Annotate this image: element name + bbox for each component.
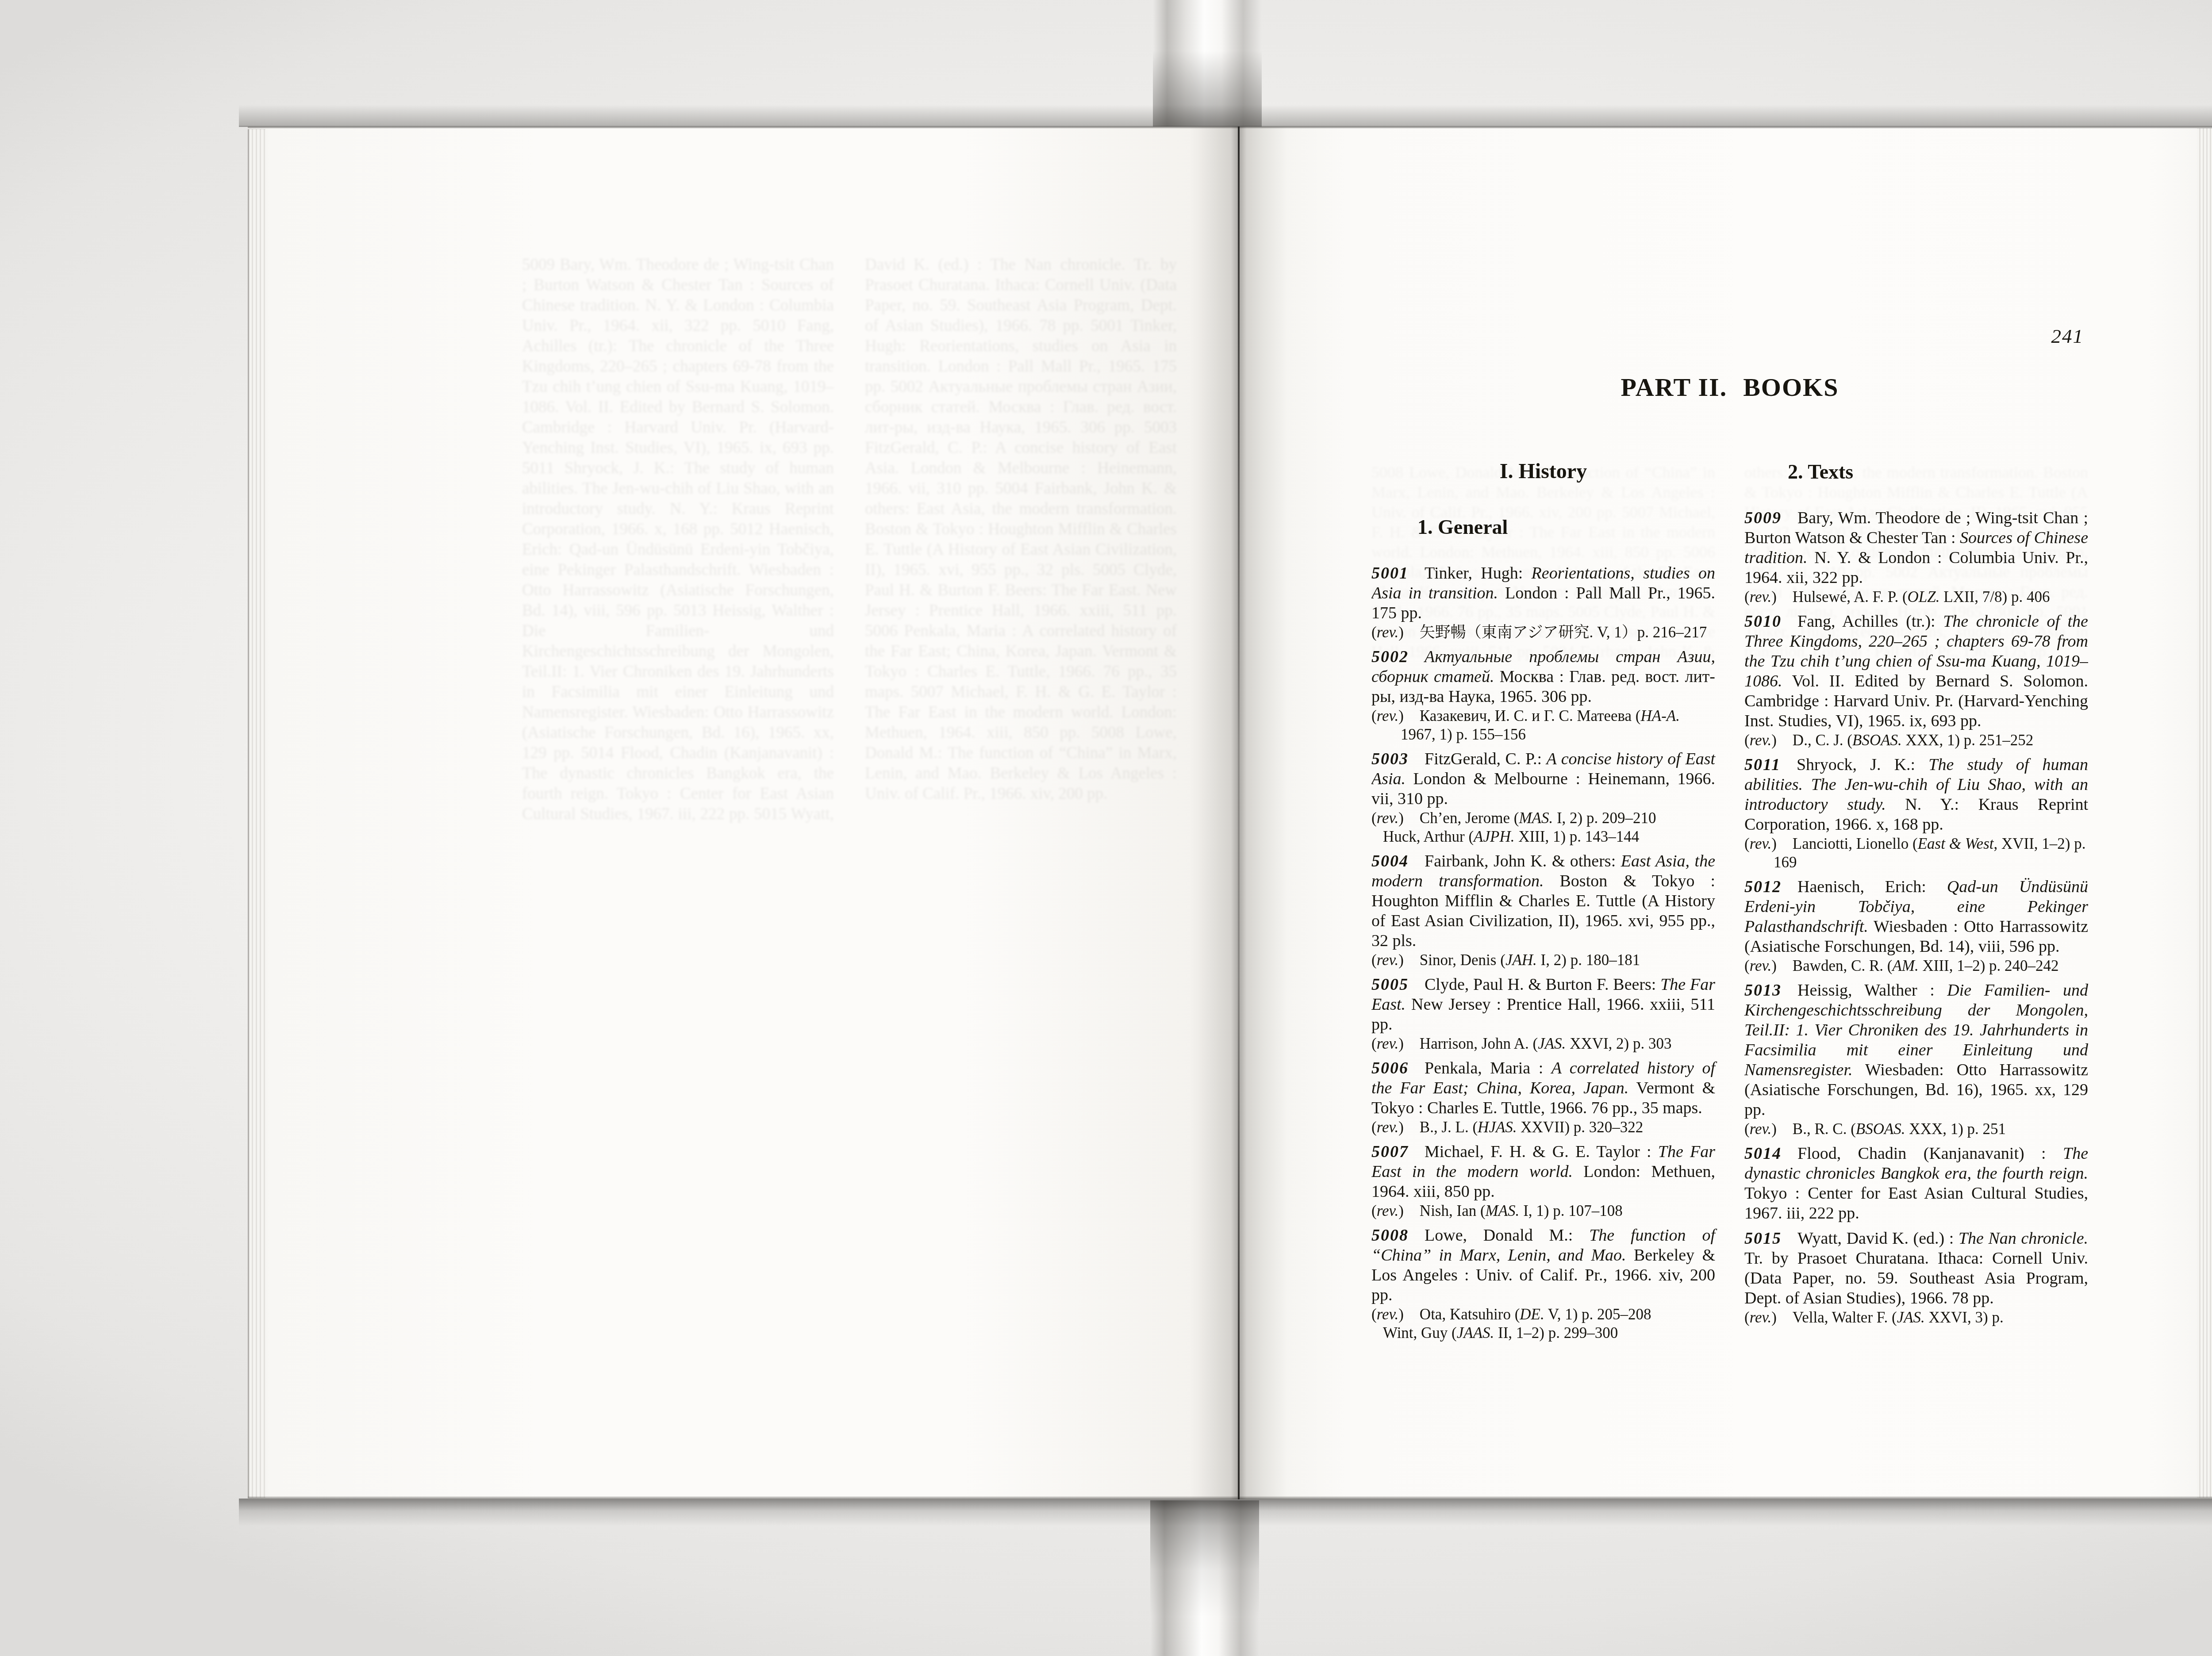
bibliography-entry: 5015Wyatt, David K. (ed.) : The Nan chro… bbox=[1744, 1229, 2088, 1327]
entries-texts: 5009Bary, Wm. Theodore de ; Wing-tsit Ch… bbox=[1744, 508, 2088, 1327]
section-heading-history: I. History bbox=[1371, 459, 1715, 483]
review-label: (rev.) bbox=[1371, 951, 1404, 969]
bibliography-entry: 5007Michael, F. H. & G. E. Taylor : The … bbox=[1371, 1142, 1715, 1220]
review-label: (rev.) bbox=[1371, 707, 1404, 724]
bibliography-entry: 5009Bary, Wm. Theodore de ; Wing-tsit Ch… bbox=[1744, 508, 2088, 606]
book-bottom-shadow bbox=[239, 1499, 2212, 1526]
book-photo-scene: 5009 Bary, Wm. Theodore de ; Wing-tsit C… bbox=[0, 0, 2212, 1656]
right-page-content: 241 PART II.BOOKS I. History 1. General … bbox=[248, 126, 2212, 1499]
entry-number: 5012 bbox=[1744, 878, 1782, 896]
review-line: (rev.)B., R. C. (BSOAS. XXX, 1) p. 251 bbox=[1744, 1120, 2088, 1138]
entry-number: 5005 bbox=[1371, 975, 1409, 994]
entry-number: 5004 bbox=[1371, 852, 1409, 870]
bibliography-entry: 5005Clyde, Paul H. & Burton F. Beers: Th… bbox=[1371, 975, 1715, 1053]
column-texts: 2. Texts 5009Bary, Wm. Theodore de ; Win… bbox=[1744, 459, 2088, 1494]
review-line: (rev.)Vella, Walter F. (JAS. XXVI, 3) p. bbox=[1744, 1308, 2088, 1327]
entry-number: 5001 bbox=[1371, 564, 1409, 583]
bibliography-columns: I. History 1. General 5001Tinker, Hugh: … bbox=[1371, 459, 2088, 1494]
review-label: (rev.) bbox=[1371, 1035, 1404, 1052]
bibliography-entry: 5011Shryock, J. K.: The study of human a… bbox=[1744, 755, 2088, 872]
part-title: PART II.BOOKS bbox=[1371, 372, 2088, 402]
bibliography-entry: 5013Heissig, Walther : Die Familien- und… bbox=[1744, 981, 2088, 1138]
entry-number: 5006 bbox=[1371, 1059, 1409, 1077]
entries-general: 5001Tinker, Hugh: Reorientations, studie… bbox=[1371, 563, 1715, 1342]
subsection-heading-general: 1. General bbox=[1417, 515, 1715, 539]
review-line: (rev.)Sinor, Denis (JAH. I, 2) p. 180–18… bbox=[1371, 951, 1715, 970]
column-history: I. History 1. General 5001Tinker, Hugh: … bbox=[1371, 459, 1715, 1494]
review-line: (rev.)D., C. J. (BSOAS. XXX, 1) p. 251–2… bbox=[1744, 731, 2088, 750]
entry-number: 5011 bbox=[1744, 755, 1781, 774]
review-line: Wint, Guy (JAAS. II, 1–2) p. 299–300 bbox=[1371, 1324, 1715, 1342]
part-title-part: PART II. bbox=[1621, 373, 1728, 402]
review-line: (rev.)Harrison, John A. (JAS. XXVI, 2) p… bbox=[1371, 1035, 1715, 1053]
entry-number: 5002 bbox=[1371, 648, 1409, 666]
review-label: (rev.) bbox=[1744, 1309, 1777, 1326]
entry-number: 5003 bbox=[1371, 750, 1409, 768]
review-label: (rev.) bbox=[1744, 732, 1777, 749]
entry-number: 5015 bbox=[1744, 1229, 1782, 1248]
review-line: (rev.)Bawden, C. R. (AM. XIII, 1–2) p. 2… bbox=[1744, 957, 2088, 975]
review-line: (rev.)Казакевич, И. С. и Г. С. Матеева (… bbox=[1371, 707, 1715, 744]
entry-number: 5007 bbox=[1371, 1142, 1409, 1161]
review-line: (rev.)Ota, Katsuhiro (DE. V, 1) p. 205–2… bbox=[1371, 1305, 1715, 1324]
bibliography-entry: 5012Haenisch, Erich: Qad-un Ündüsünü Erd… bbox=[1744, 877, 2088, 975]
review-label: (rev.) bbox=[1744, 835, 1777, 852]
entry-number: 5008 bbox=[1371, 1226, 1409, 1245]
review-label: (rev.) bbox=[1744, 1120, 1777, 1138]
review-label: (rev.) bbox=[1744, 957, 1777, 974]
bibliography-entry: 5014Flood, Chadin (Kanjanavanit) : The d… bbox=[1744, 1144, 2088, 1223]
review-line: (rev.)B., J. L. (HJAS. XXVII) p. 320–322 bbox=[1371, 1118, 1715, 1137]
book-top-shadow bbox=[239, 105, 2212, 127]
entry-number: 5014 bbox=[1744, 1144, 1782, 1163]
bibliography-entry: 5008Lowe, Donald M.: The function of “Ch… bbox=[1371, 1226, 1715, 1342]
review-label: (rev.) bbox=[1744, 588, 1777, 606]
review-line: (rev.)矢野暢（東南アジア研究. V, 1）p. 216–217 bbox=[1371, 623, 1715, 642]
review-label: (rev.) bbox=[1371, 1306, 1404, 1323]
page-number: 241 bbox=[2008, 325, 2084, 348]
review-label: (rev.) bbox=[1371, 624, 1404, 641]
entry-number: 5013 bbox=[1744, 981, 1782, 1000]
bibliography-entry: 5010Fang, Achilles (tr.): The chronicle … bbox=[1744, 612, 2088, 750]
open-book: 5009 Bary, Wm. Theodore de ; Wing-tsit C… bbox=[248, 126, 2212, 1499]
review-line: (rev.)Ch’en, Jerome (MAS. I, 2) p. 209–2… bbox=[1371, 809, 1715, 828]
bibliography-entry: 5002Актуальные проблемы стран Азии, сбор… bbox=[1371, 647, 1715, 744]
part-title-word: BOOKS bbox=[1743, 373, 1839, 402]
review-line: Huck, Arthur (AJPH. XIII, 1) p. 143–144 bbox=[1371, 828, 1715, 846]
review-label: (rev.) bbox=[1371, 809, 1404, 827]
bibliography-entry: 5006Penkala, Maria : A correlated histor… bbox=[1371, 1058, 1715, 1137]
review-line: (rev.)Hulsewé, A. F. P. (OLZ. LXII, 7/8)… bbox=[1744, 588, 2088, 606]
entry-number: 5009 bbox=[1744, 509, 1782, 527]
review-line: (rev.)Lanciotti, Lionello (East & West, … bbox=[1744, 835, 2088, 872]
bibliography-entry: 5001Tinker, Hugh: Reorientations, studie… bbox=[1371, 563, 1715, 642]
review-label: (rev.) bbox=[1371, 1202, 1404, 1219]
review-line: (rev.)Nish, Ian (MAS. I, 1) p. 107–108 bbox=[1371, 1202, 1715, 1220]
entry-number: 5010 bbox=[1744, 612, 1782, 631]
section-heading-texts: 2. Texts bbox=[1788, 460, 2088, 483]
bibliography-entry: 5004Fairbank, John K. & others: East Asi… bbox=[1371, 851, 1715, 970]
bibliography-entry: 5003FitzGerald, C. P.: A concise history… bbox=[1371, 749, 1715, 846]
review-label: (rev.) bbox=[1371, 1119, 1404, 1136]
